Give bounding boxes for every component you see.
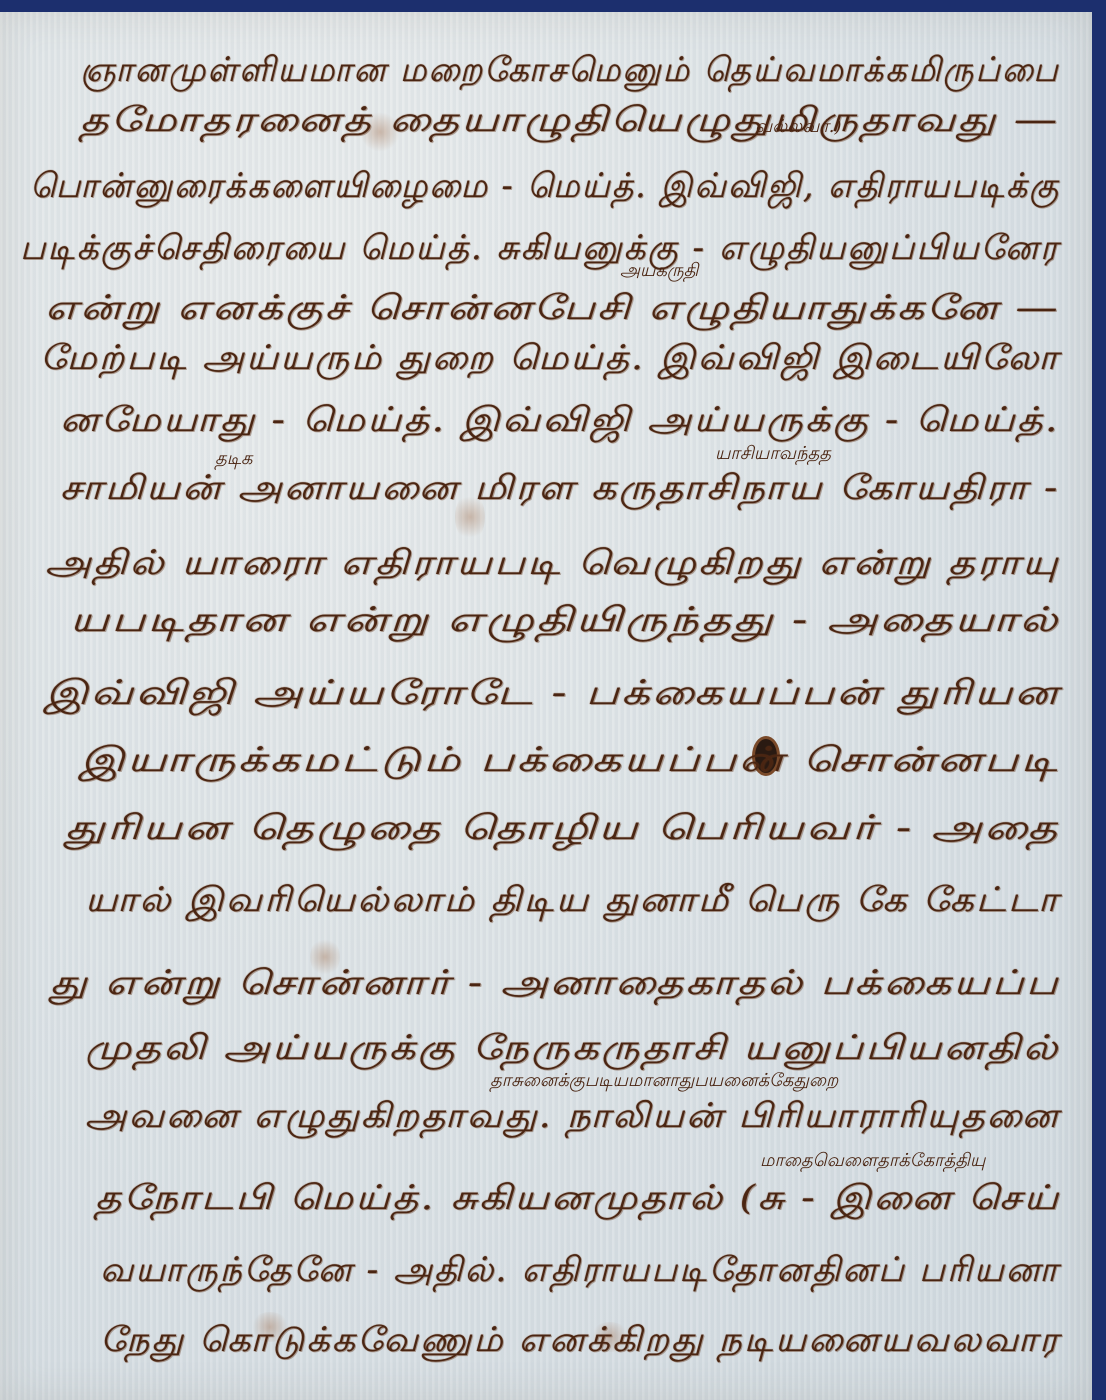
- manuscript-line: து என்று சொன்னார் - அனாதைகாதல் பக்கையப்ப: [50, 963, 1060, 1007]
- manuscript-line: தநோடபி மெய்த். சுகியனமுதால் (சு - இனை செ…: [95, 1178, 1060, 1222]
- manuscript-line: மேற்படி அய்யரும் துறை மெய்த். இவ்விஜி இட…: [40, 338, 1060, 382]
- manuscript-line: என்று எனக்குச் சொன்னபேசி எழுதியாதுக்கனே …: [45, 288, 1060, 332]
- manuscript-line: இயாருக்கமட்டும் பக்கையப்பன் சொன்னபடி: [80, 740, 1060, 784]
- manuscript-line: படிக்குச்செதிரையை மெய்த். சுகியனுக்கு - …: [20, 228, 1060, 272]
- manuscript-line: அவனை எழுதுகிறதாவது. நாலியன் பிரியாராரியு…: [85, 1096, 1060, 1140]
- manuscript-line: னமேயாது - மெய்த். இவ்விஜி அய்யருக்கு - ம…: [60, 400, 1060, 444]
- interlinear-note: தாசுனைக்குபடியமானாதுபயனைக்கேதுறை: [490, 1070, 838, 1093]
- interlinear-note: அயகருதி: [620, 260, 698, 283]
- manuscript-line: இவ்விஜி அய்யரோடே - பக்கையப்பன் துரியன: [45, 673, 1060, 717]
- manuscript-line: வயாருந்தேனே - அதில். எதிராயபடிதோனதினப் ப…: [100, 1250, 1060, 1294]
- manuscript-line: முதலி அய்யருக்கு நேருகருதாசி யனுப்பியனதி…: [85, 1028, 1060, 1072]
- manuscript-line: யால் இவரியெல்லாம் திடிய துனாமீ பெரு கே க…: [85, 880, 1060, 924]
- manuscript-line: நேது கொடுக்கவேணும் எனக்கிறது நடியனையவலவா…: [100, 1320, 1060, 1364]
- manuscript-line: ஞானமுள்ளியமான மறைகோசமெனும் தெய்வமாக்கமிர…: [80, 50, 1060, 94]
- interlinear-note: மாதைவெளைதாக்கோத்தியு: [760, 1150, 985, 1173]
- manuscript-line: சாமியன் அனாயனை மிரள கருதாசிநாய கோயதிரா -: [60, 468, 1060, 512]
- interlinear-note: வல்லவர்.): [755, 116, 841, 139]
- manuscript-line: பொன்னுரைக்களையிழைமை - மெய்த். இவ்விஜி, எ…: [30, 166, 1060, 210]
- manuscript-line: தமோதரனைத் தையாழுதியெழுதுமிருதாவது —: [80, 100, 1060, 144]
- manuscript-line: யபடிதான என்று எழுதியிருந்தது - அதையால்: [70, 600, 1060, 644]
- manuscript-line: அதில் யாரைா எதிராயபடி வெழுகிறது என்று தர…: [45, 543, 1060, 587]
- manuscript-page: ஞானமுள்ளியமான மறைகோசமெனும் தெய்வமாக்கமிர…: [0, 12, 1092, 1400]
- manuscript-line: துரியன தெழுதை தொழிய பெரியவர் - அதை: [65, 808, 1060, 852]
- interlinear-note: தடிக: [215, 448, 253, 471]
- interlinear-note: யாசியாவந்தத: [715, 443, 831, 466]
